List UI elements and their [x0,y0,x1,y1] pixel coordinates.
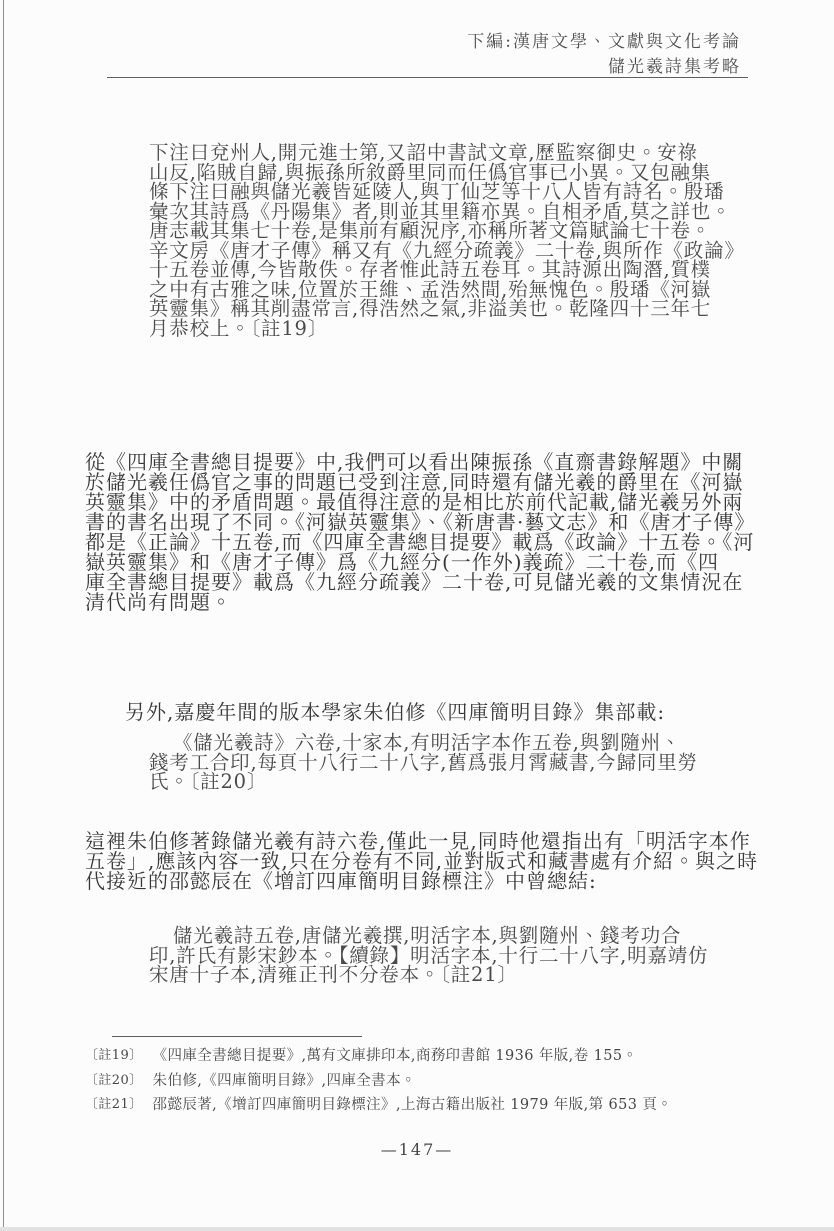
text-line: 於儲光羲任僞官之事的問題已受到注意,同時還有儲光羲的爵里在《河嶽 [85,467,785,487]
footnote-rule [112,1036,362,1037]
text-line: 十五卷並傳,今皆散佚。存者惟此詩五卷耳。其詩源出陶潛,質樸 [149,255,755,275]
scanned-book-page: 下編:漢唐文學、文獻與文化考論 儲光羲詩集考略 下注曰兗州人,開元進士第,又詔中… [0,0,834,1231]
running-head-section: 下編:漢唐文學、文獻與文化考論 [467,27,741,52]
paragraph-analysis-2: 這裡朱伯修著錄儲光羲有詩六卷,僅此一見,同時他還指出有「明活字本作五卷」,應該內… [85,826,785,886]
text-line: 都是《正論》十五卷,而《四庫全書總目提要》載爲《政論》十五卷。《河 [85,527,785,547]
text-line: 另外,嘉慶年間的版本學家朱伯修《四庫簡明目錄》集部載: [85,697,785,717]
text-line: 印,許氏有影宋鈔本。【續錄】明活字本,十行二十八字,明嘉靖仿 [149,941,755,961]
text-line: 之中有古雅之味,位置於王維、孟浩然間,殆無愧色。殷璠《河嶽 [149,275,755,295]
running-head-chapter: 儲光羲詩集考略 [608,52,741,77]
header-rule [107,77,748,78]
text-line: 辛文房《唐才子傳》稱又有《九經分疏義》二十卷,與所作《政論》 [149,236,755,256]
block-quote-siku-tiyao: 下注曰兗州人,開元進士第,又詔中書試文章,歷監察御史。安祿山反,陷賊自歸,與振孫… [149,138,755,333]
footnote-text: 《四庫全書總目提要》,萬有文庫排印本,商務印書館 1936 年版,卷 155。 [153,1044,638,1069]
block-quote-shaoyichen: 儲光羲詩五卷,唐儲光羲撰,明活字本,與劉隨州、錢考功合印,許氏有影宋鈔本。【續錄… [149,921,755,980]
footnote-label: 〔註21〕 [85,1093,143,1118]
text-line: 書的書名出現了不同。《河嶽英靈集》、《新唐書·藝文志》和《唐才子傳》 [85,507,785,527]
footnote-text: 朱伯修,《四庫簡明目錄》,四庫全書本。 [153,1069,416,1094]
footnotes-section: 〔註19〕《四庫全書總目提要》,萬有文庫排印本,商務印書館 1936 年版,卷 … [85,1044,797,1118]
text-line: 唐志載其集七十卷,是集前有顧況序,亦稱所著文篇賦論七十卷。 [149,216,755,236]
text-line: 條下注曰融與儲光羲皆延陵人,與丁仙芝等十八人皆有詩名。殷璠 [149,177,755,197]
footnote-row: 〔註20〕朱伯修,《四庫簡明目錄》,四庫全書本。 [85,1069,797,1094]
scan-edge-left [3,0,4,1231]
page-number: —147— [0,1140,834,1159]
footnote-label: 〔註19〕 [85,1044,143,1069]
footnote-row: 〔註21〕邵懿辰著,《增訂四庫簡明目錄標注》,上海古籍出版社 1979 年版,第… [85,1093,797,1118]
footnote-text: 邵懿辰著,《增訂四庫簡明目錄標注》,上海古籍出版社 1979 年版,第 653 … [153,1093,673,1118]
paragraph-intro-zhuboxiu: 另外,嘉慶年間的版本學家朱伯修《四庫簡明目錄》集部載: [85,697,785,717]
text-line: 從《四庫全書總目提要》中,我們可以看出陳振孫《直齋書錄解題》中關 [85,447,785,467]
text-line: 這裡朱伯修著錄儲光羲有詩六卷,僅此一見,同時他還指出有「明活字本作 [85,826,785,846]
text-line: 下注曰兗州人,開元進士第,又詔中書試文章,歷監察御史。安祿 [149,138,755,158]
text-line: 嶽英靈集》和《唐才子傳》爲《九經分(一作外)義疏》二十卷,而《四 [85,547,785,567]
text-line: 五卷」,應該內容一致,只在分卷有不同,並對版式和藏書處有介紹。與之時 [85,846,785,866]
text-line: 英靈集》稱其削盡常言,得浩然之氣,非溢美也。乾隆四十三年七 [149,294,755,314]
footnote-row: 〔註19〕《四庫全書總目提要》,萬有文庫排印本,商務印書館 1936 年版,卷 … [85,1044,797,1069]
scan-edge-bottom [0,1227,834,1231]
text-line: 山反,陷賊自歸,與振孫所敘爵里同而任僞官事已小異。又包融集 [149,158,755,178]
block-quote-siku-jianming-mulu: 《儲光羲詩》六卷,十家本,有明活字本作五卷,與劉隨州、錢考工合印,每頁十八行二十… [149,728,755,787]
text-line: 儲光羲詩五卷,唐儲光羲撰,明活字本,與劉隨州、錢考功合 [149,921,755,941]
paragraph-analysis-1: 從《四庫全書總目提要》中,我們可以看出陳振孫《直齋書錄解題》中關於儲光羲任僞官之… [85,447,785,607]
text-line: 英靈集》中的矛盾問題。最值得注意的是相比於前代記載,儲光羲另外兩 [85,487,785,507]
text-line: 彙次其詩爲《丹陽集》者,則並其里籍亦異。自相矛盾,莫之詳也。 [149,197,755,217]
footnote-label: 〔註20〕 [85,1069,143,1094]
text-line: 庫全書總目提要》載爲《九經分疏義》二十卷,可見儲光羲的文集情況在 [85,567,785,587]
text-line: 錢考工合印,每頁十八行二十八字,舊爲張月霄藏書,今歸同里勞 [149,748,755,768]
text-line: 《儲光羲詩》六卷,十家本,有明活字本作五卷,與劉隨州、 [149,728,755,748]
